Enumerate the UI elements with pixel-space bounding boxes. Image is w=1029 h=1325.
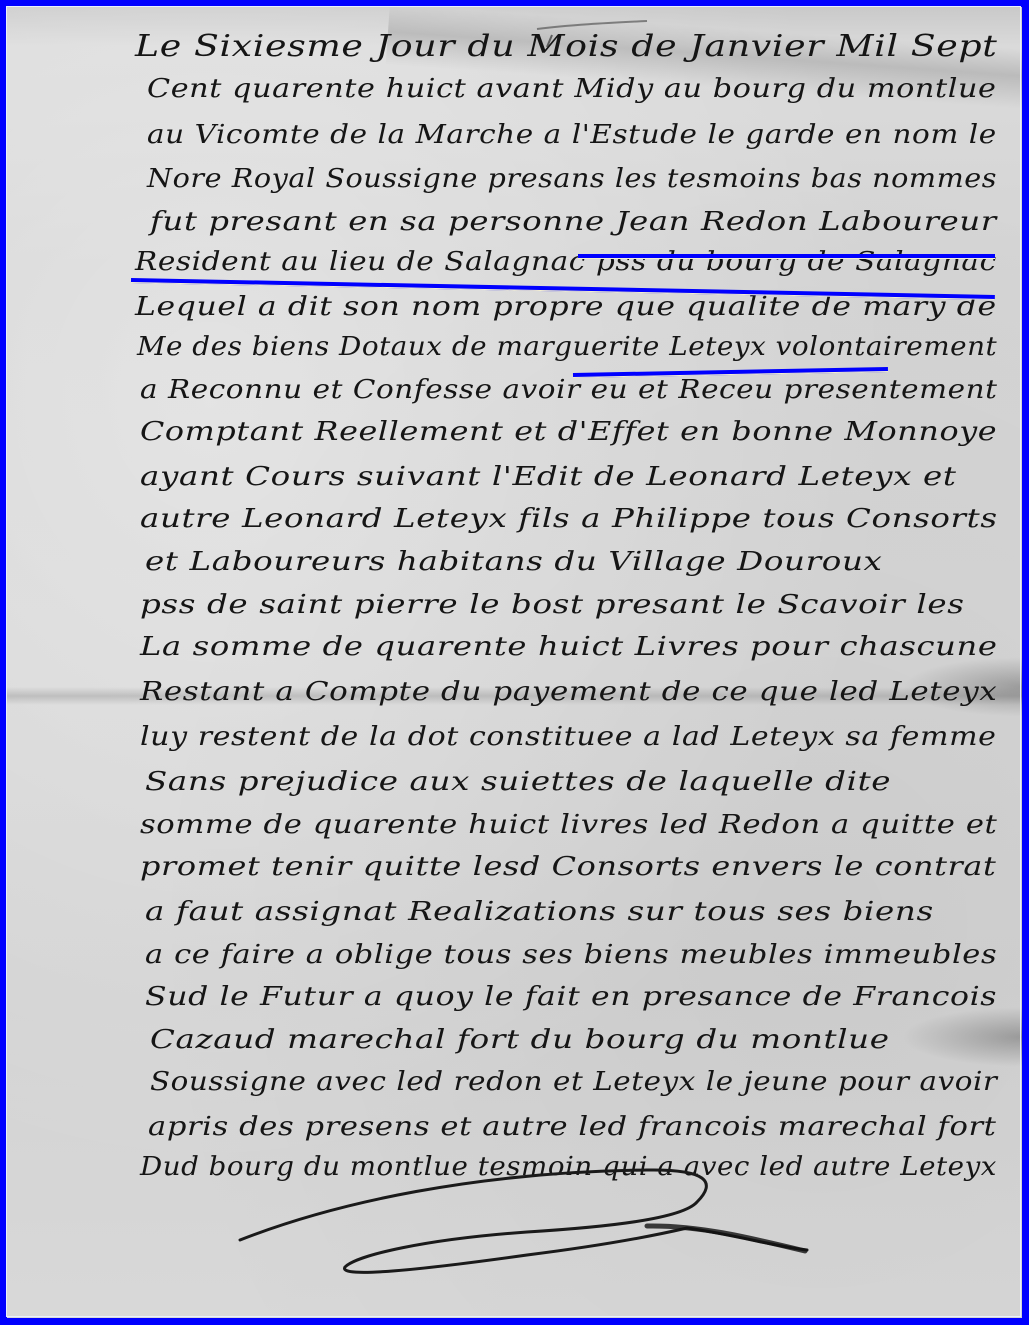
manuscript-page: Le Sixiesme Jour du Mois de Janvier Mil … (7, 7, 1022, 1318)
signature-paraph-icon (7, 7, 1022, 1318)
